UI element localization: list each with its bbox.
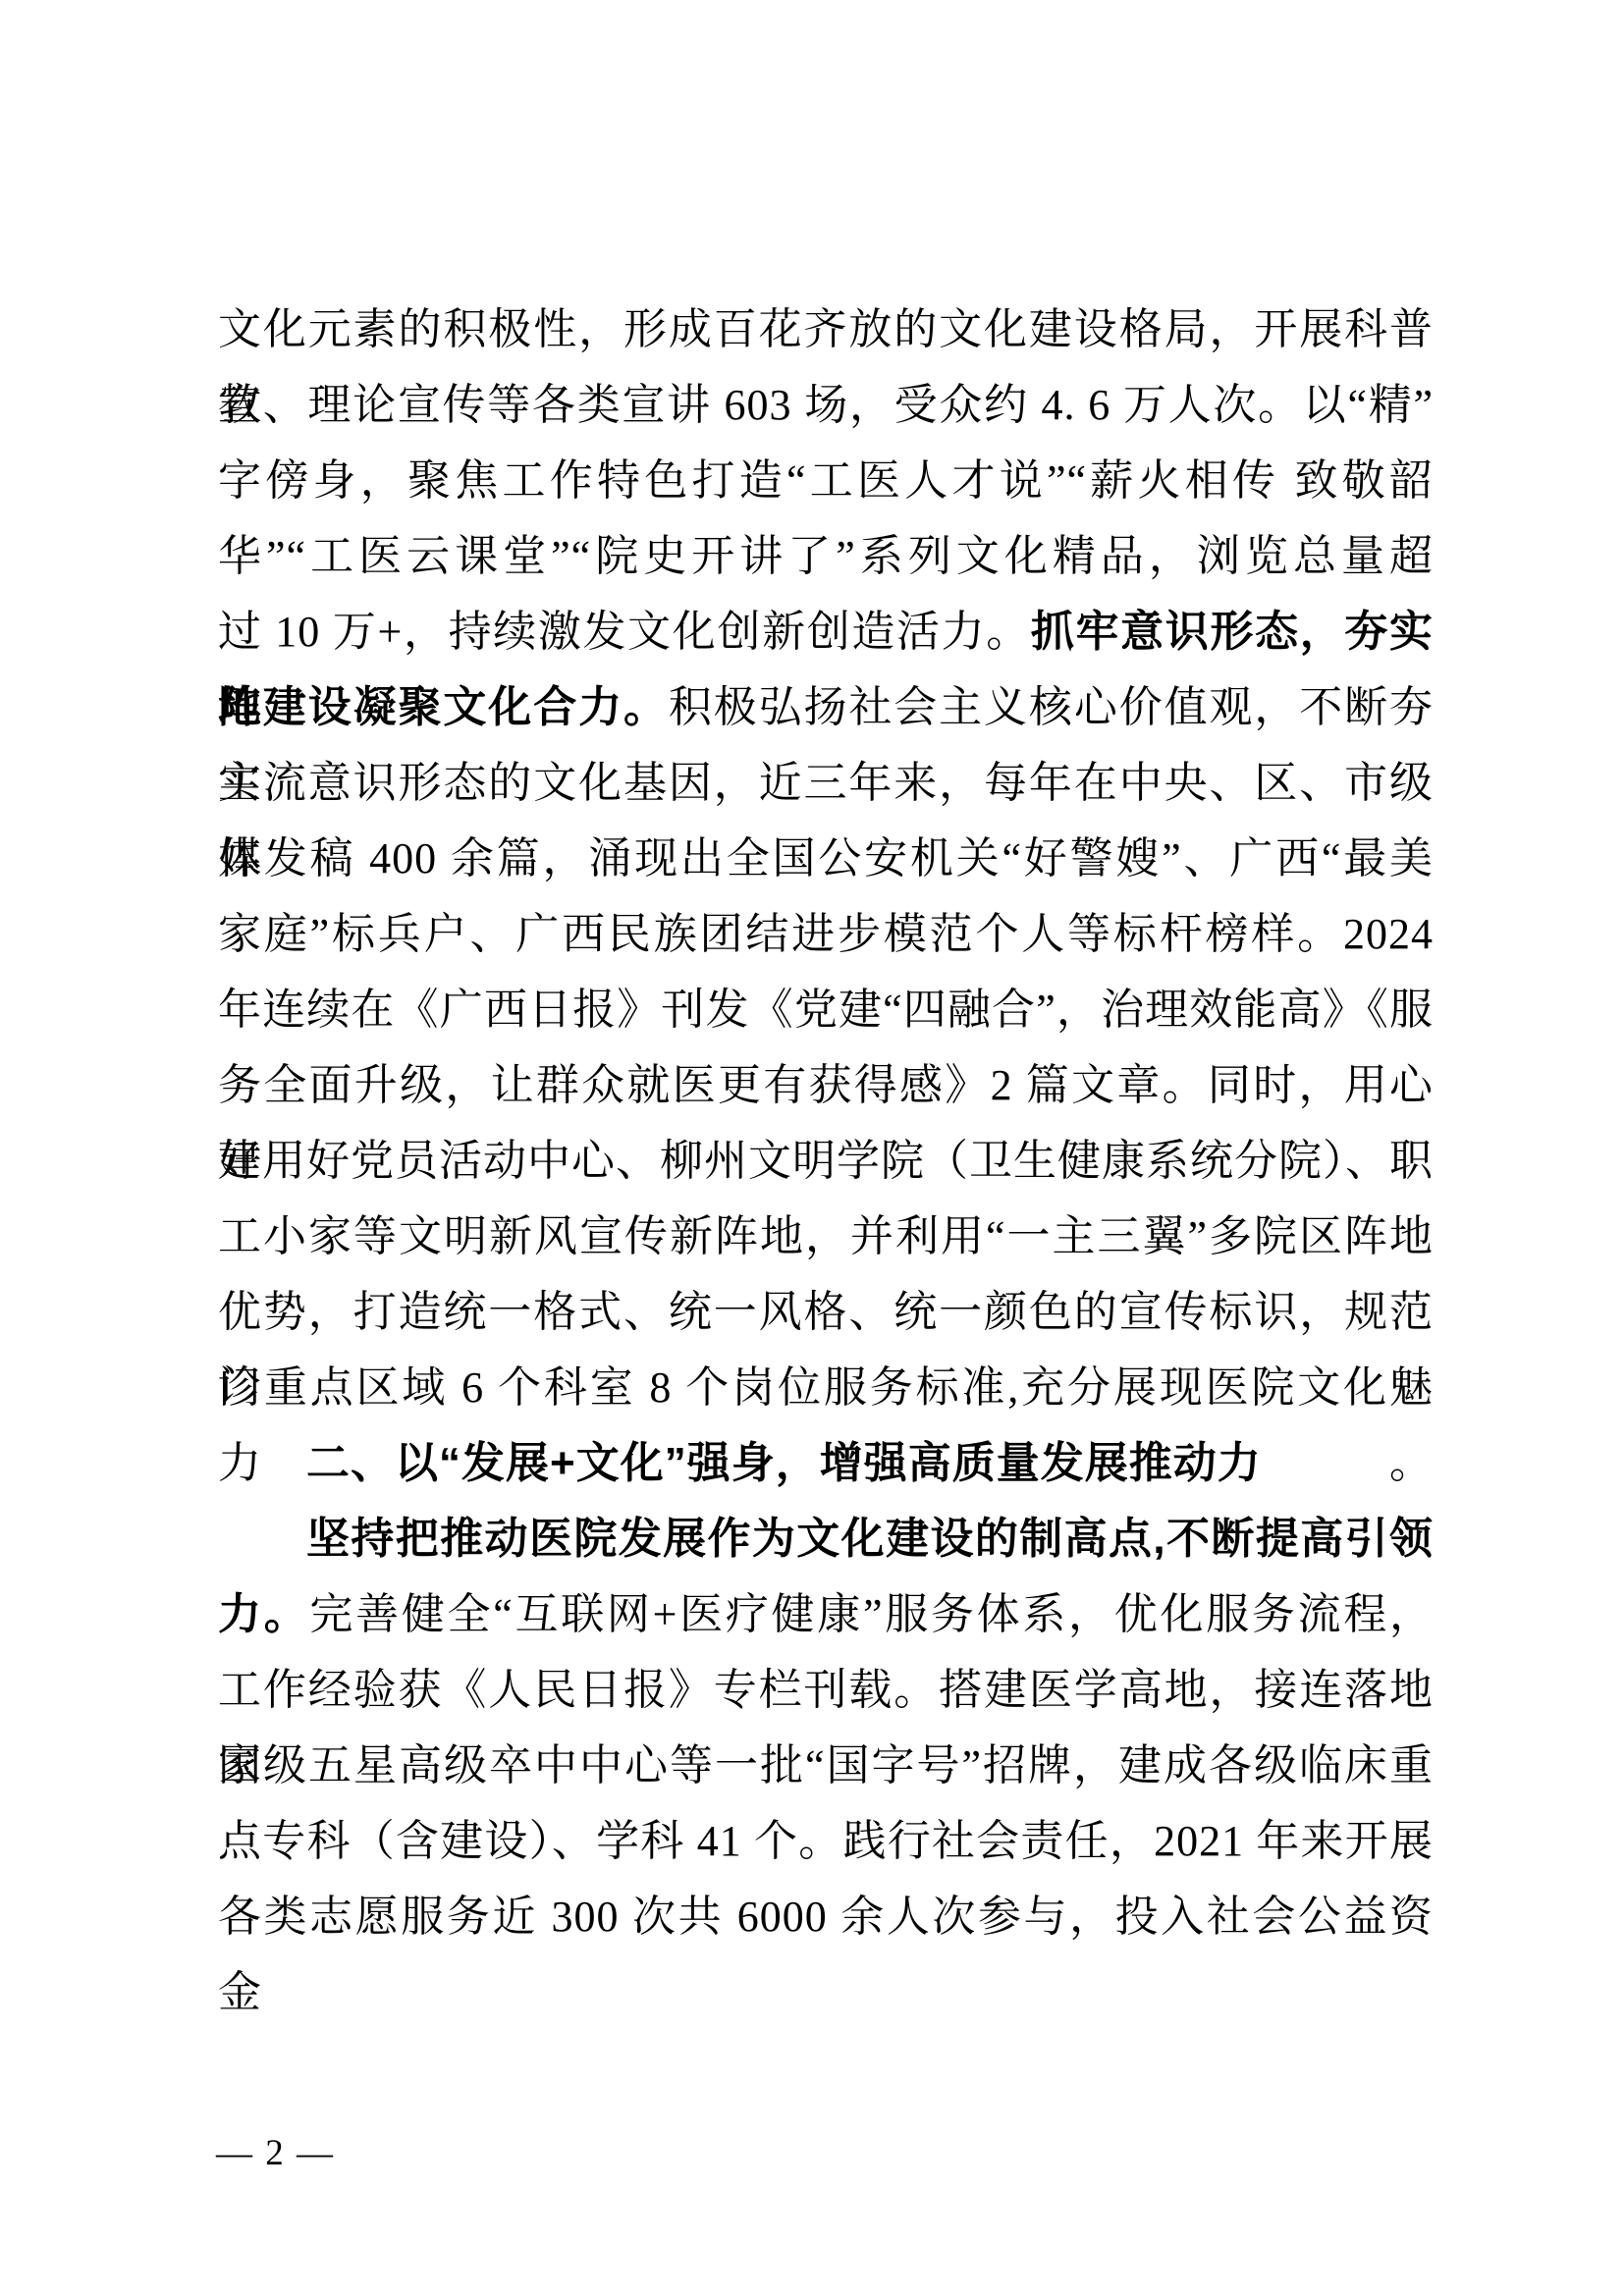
body-line: 各类志愿服务近 300 次共 6000 余人次参与，投入社会公益资金 (218, 1879, 1434, 1954)
body-line: 好用好党员活动中心、柳州文明学院（卫生健康系统分院）、职 (218, 1123, 1434, 1199)
line-text: 家庭”标兵户、广西民族团结进步模范个人等标杆榜样。2024 (218, 910, 1434, 958)
body-line: 家级五星高级卒中中心等一批“国字号”招牌，建成各级临床重 (218, 1728, 1434, 1803)
text-block: 文化元素的积极性，形成百花齐放的文化建设格局，开展科普宣 教、理论宣传等各类宣讲… (218, 292, 1434, 1954)
line-text: 家级五星高级卒中中心等一批“国字号”招牌，建成各级临床重 (218, 1741, 1434, 1789)
body-line: 家庭”标兵户、广西民族团结进步模范个人等标杆榜样。2024 (218, 896, 1434, 972)
body-line: 诊重点区域 6 个科室 8 个岗位服务标准,充分展现医院文化魅力。 (218, 1350, 1434, 1425)
body-line: 华”“工医云课堂”“院史开讲了”系列文化精品，浏览总量超 (218, 518, 1434, 594)
body-line: 教、理论宣传等各类宣讲 603 场，受众约 4. 6 万人次。以“精” (218, 367, 1434, 443)
body-line: 年连续在《广西日报》刊发《党建“四融合”，治理效能高》《服 (218, 972, 1434, 1047)
line-text: 好用好党员活动中心、柳州文明学院（卫生健康系统分院）、职 (218, 1137, 1434, 1185)
body-line: 务全面升级，让群众就医更有获得感》2 篇文章。同时，用心建 (218, 1047, 1434, 1123)
body-line: 工小家等文明新风宣传新阵地，并利用“一主三翼”多院区阵地 (218, 1199, 1434, 1274)
line-text: 教、理论宣传等各类宣讲 603 场，受众约 4. 6 万人次。以“精” (218, 381, 1434, 429)
line-text: 工小家等文明新风宣传新阵地，并利用“一主三翼”多院区阵地 (218, 1212, 1434, 1260)
line-text: 点专科（含建设）、学科 41 个。践行社会责任，2021 年来开展 (218, 1817, 1434, 1865)
body-line: 地建设凝聚文化合力。积极弘扬社会主义核心价值观，不断夯实 (218, 669, 1434, 745)
line-text: 字傍身，聚焦工作特色打造“工医人才说”“薪火相传 致敬韶 (218, 456, 1434, 505)
body-line: 力。完善健全“互联网+医疗健康”服务体系，优化服务流程， (218, 1576, 1434, 1652)
line-text: 过 10 万+，持续激发文化创新创造活力。 (218, 608, 1031, 656)
line-text-bold: 地建设凝聚文化合力。 (218, 683, 669, 731)
line-text: 体发稿 400 余篇，涌现出全国公安机关“好警嫂”、广西“最美 (218, 834, 1434, 882)
line-text-bold: 坚持把推动医院发展作为文化建设的制高点,不断提高引领 (306, 1515, 1434, 1563)
line-text-bold: 力。 (218, 1590, 309, 1638)
body-line: 过 10 万+，持续激发文化创新创造活力。抓牢意识形态，夯实阵 (218, 594, 1434, 669)
document-page: 文化元素的积极性，形成百花齐放的文化建设格局，开展科普宣 教、理论宣传等各类宣讲… (0, 0, 1624, 2296)
body-line: 工作经验获《人民日报》专栏刊载。搭建医学高地，接连落地国 (218, 1652, 1434, 1728)
page-number: — 2 — (216, 2126, 335, 2180)
body-line: 字傍身，聚焦工作特色打造“工医人才说”“薪火相传 致敬韶 (218, 443, 1434, 518)
body-line: 点专科（含建设）、学科 41 个。践行社会责任，2021 年来开展 (218, 1803, 1434, 1879)
line-text: 各类志愿服务近 300 次共 6000 余人次参与，投入社会公益资金 (218, 1893, 1434, 2016)
body-line: 文化元素的积极性，形成百花齐放的文化建设格局，开展科普宣 (218, 292, 1434, 367)
body-line: 体发稿 400 余篇，涌现出全国公安机关“好警嫂”、广西“最美 (218, 821, 1434, 896)
body-line: 优势，打造统一格式、统一风格、统一颜色的宣传标识，规范门 (218, 1274, 1434, 1350)
line-text-bold: 二、以“发展+文化”强身，增强高质量发展推动力 (306, 1439, 1262, 1487)
body-line: 主流意识形态的文化基因，近三年来，每年在中央、区、市级媒 (218, 745, 1434, 821)
section-heading: 二、以“发展+文化”强身，增强高质量发展推动力 (218, 1425, 1434, 1501)
line-text: 年连续在《广西日报》刊发《党建“四融合”，治理效能高》《服 (218, 986, 1434, 1034)
line-text: 华”“工医云课堂”“院史开讲了”系列文化精品，浏览总量超 (218, 532, 1434, 580)
body-line: 坚持把推动医院发展作为文化建设的制高点,不断提高引领 (218, 1501, 1434, 1576)
line-text: 完善健全“互联网+医疗健康”服务体系，优化服务流程， (309, 1590, 1434, 1638)
